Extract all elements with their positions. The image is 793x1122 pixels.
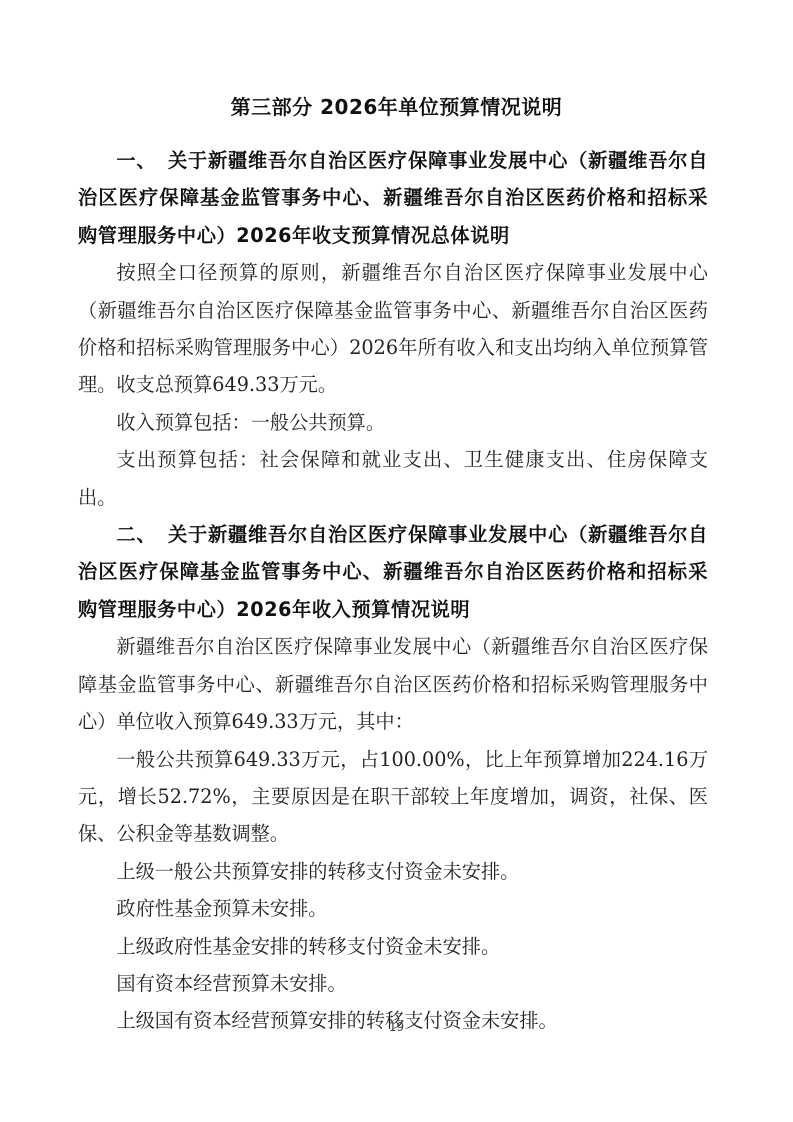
paragraph: 政府性基金预算未安排。 xyxy=(78,890,708,927)
paragraph: 国有资本经营预算未安排。 xyxy=(78,965,708,1002)
section-number: 一、 xyxy=(116,149,156,172)
paragraph: 收入预算包括：一般公共预算。 xyxy=(78,404,708,441)
page-title: 第三部分 2026年单位预算情况说明 xyxy=(0,92,793,122)
section-heading-2: 二、关于新疆维吾尔自治区医疗保障事业发展中心（新疆维吾尔自治区医疗保障基金监管事… xyxy=(78,516,708,628)
paragraph: 按照全口径预算的原则，新疆维吾尔自治区医疗保障事业发展中心（新疆维吾尔自治区医疗… xyxy=(78,254,708,404)
paragraph: 上级一般公共预算安排的转移支付资金未安排。 xyxy=(78,853,708,890)
paragraph: 一般公共预算649.33万元，占100.00%，比上年预算增加224.16万元，… xyxy=(78,741,708,853)
section-number: 二、 xyxy=(116,523,156,546)
paragraph: 上级政府性基金安排的转移支付资金未安排。 xyxy=(78,928,708,965)
section-heading-text: 关于新疆维吾尔自治区医疗保障事业发展中心（新疆维吾尔自治区医疗保障基金监管事务中… xyxy=(78,523,708,621)
section-heading-1: 一、关于新疆维吾尔自治区医疗保障事业发展中心（新疆维吾尔自治区医疗保障基金监管事… xyxy=(78,142,708,254)
document-body: 一、关于新疆维吾尔自治区医疗保障事业发展中心（新疆维吾尔自治区医疗保障基金监管事… xyxy=(78,142,708,1040)
paragraph: 支出预算包括：社会保障和就业支出、卫生健康支出、住房保障支出。 xyxy=(78,441,708,516)
page-number: 19 xyxy=(0,1020,793,1034)
section-heading-text: 关于新疆维吾尔自治区医疗保障事业发展中心（新疆维吾尔自治区医疗保障基金监管事务中… xyxy=(78,149,708,247)
document-page: 第三部分 2026年单位预算情况说明 一、关于新疆维吾尔自治区医疗保障事业发展中… xyxy=(0,0,793,1122)
paragraph: 新疆维吾尔自治区医疗保障事业发展中心（新疆维吾尔自治区医疗保障基金监管事务中心、… xyxy=(78,628,708,740)
